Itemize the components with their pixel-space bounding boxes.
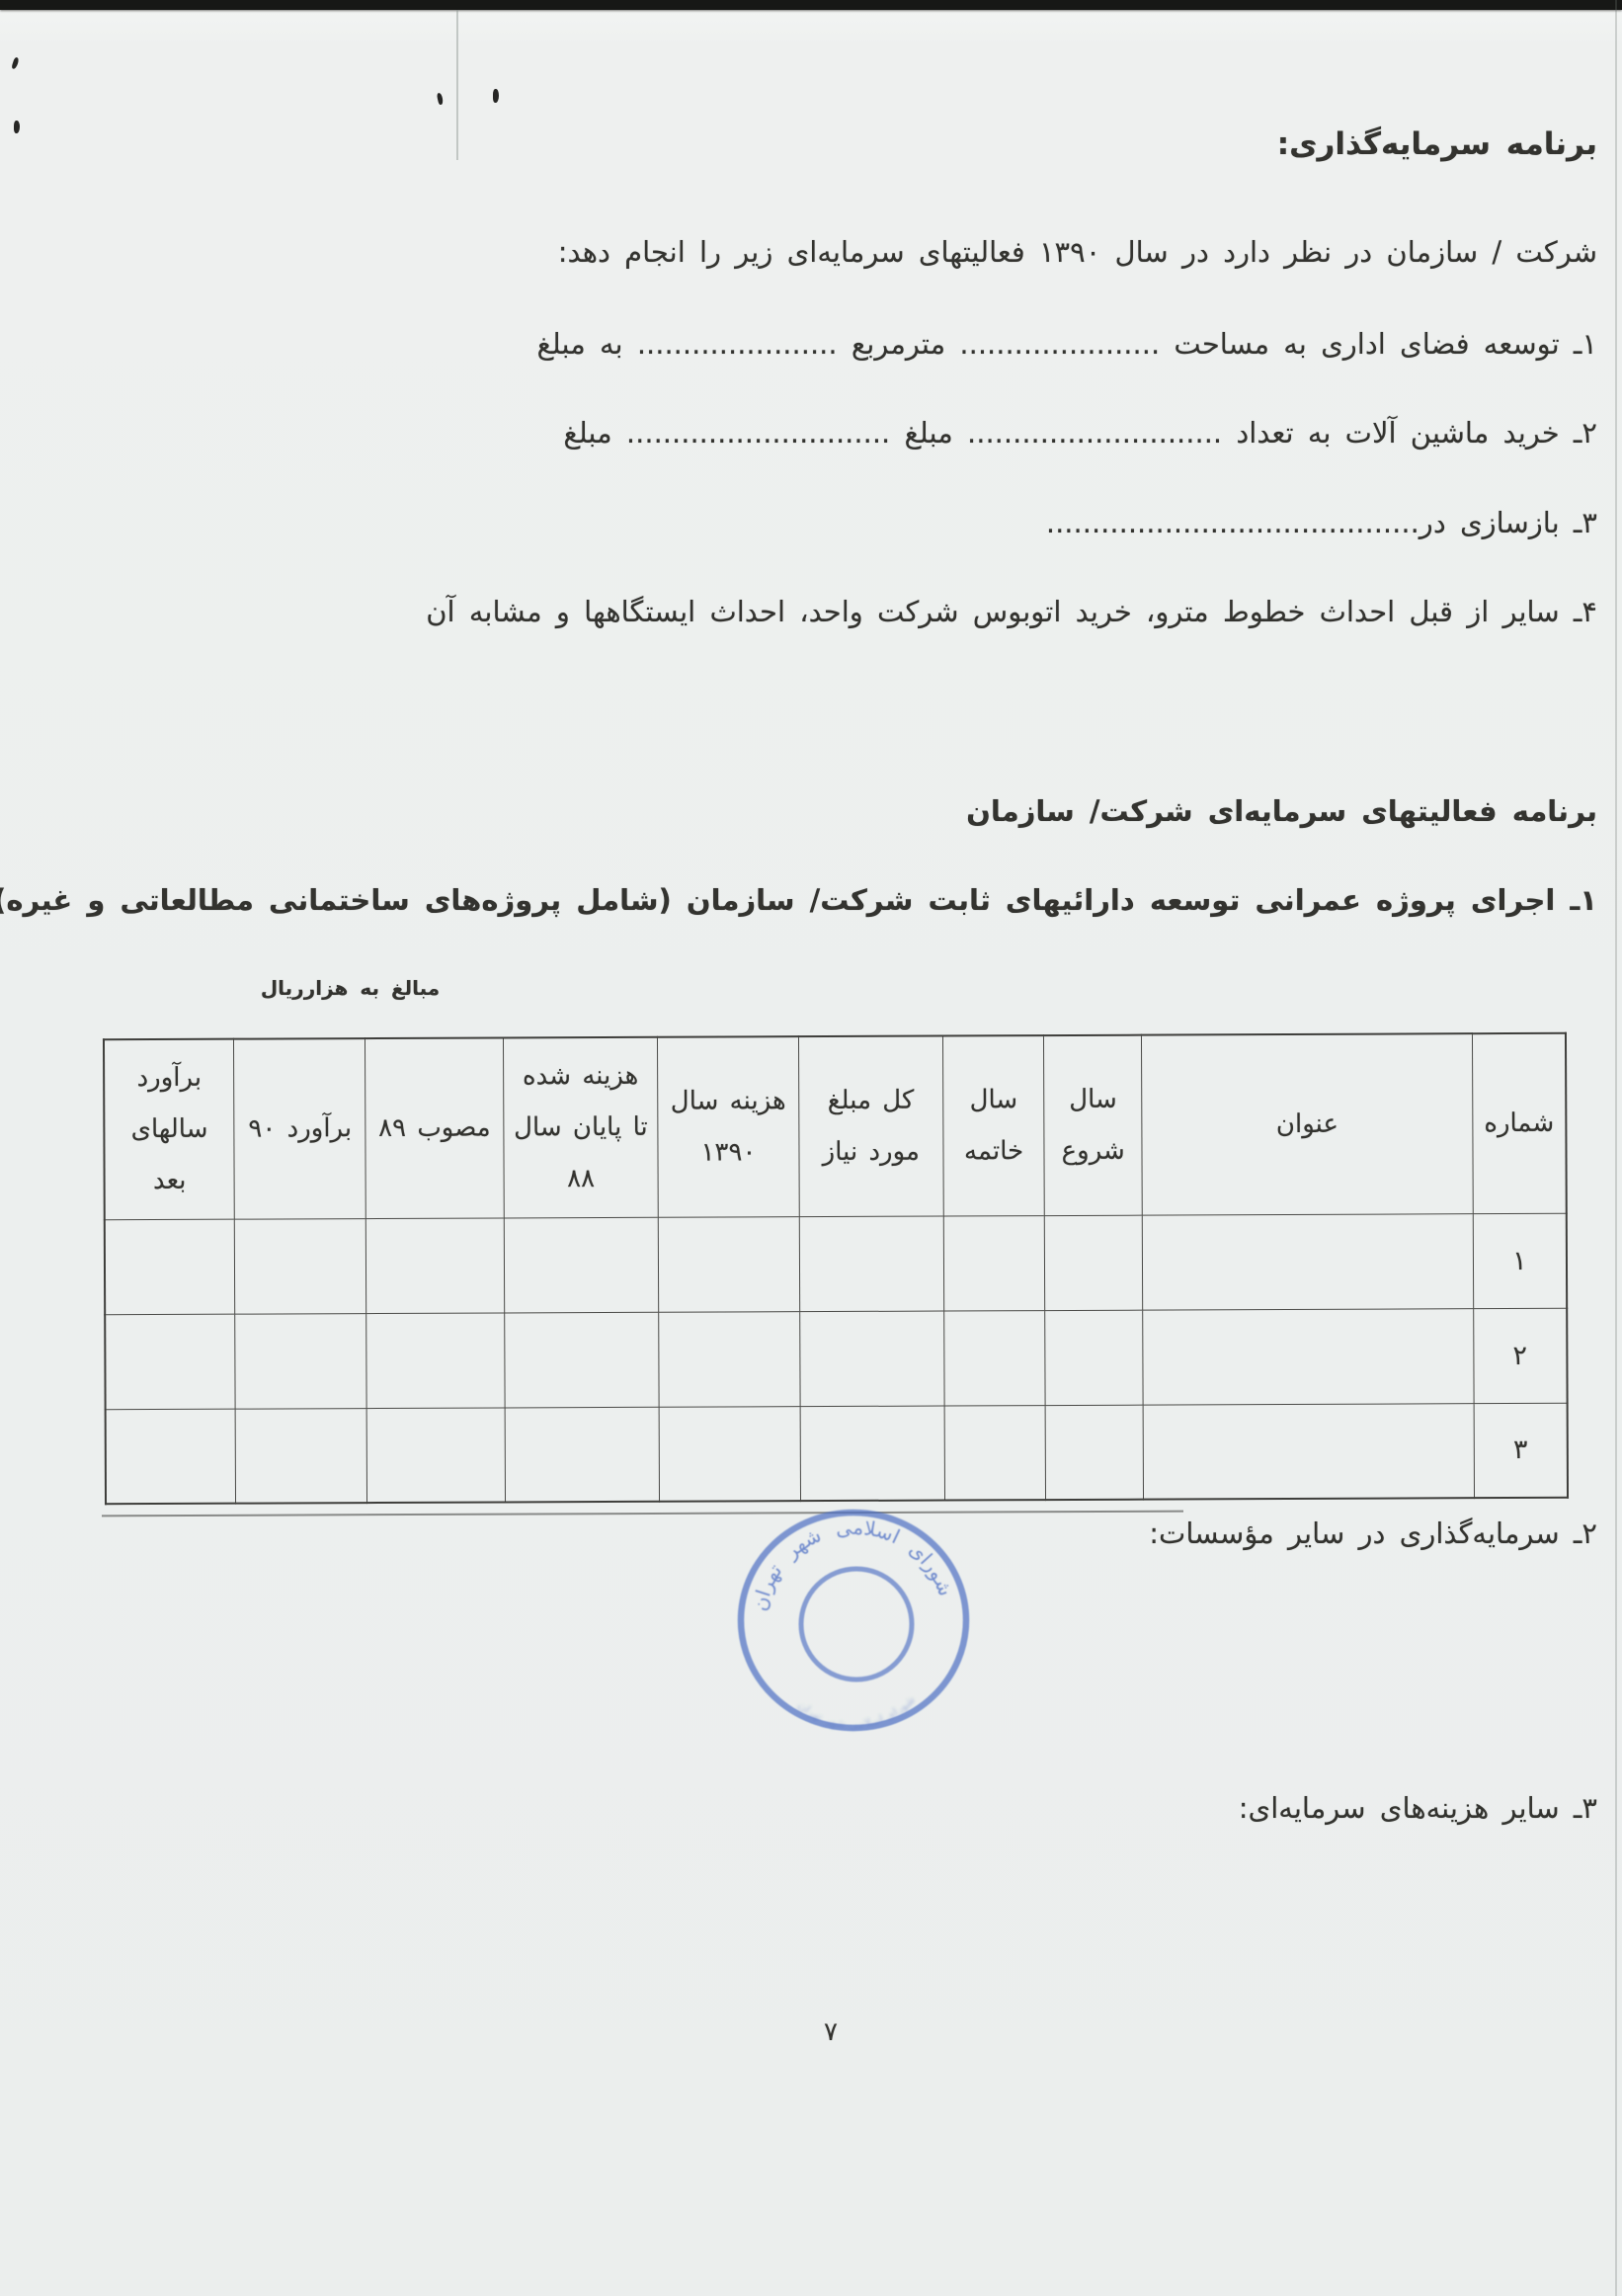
table-row: ۲	[105, 1308, 1567, 1409]
council-stamp: شورای اسلامی شهر تهران شورای اسلامی شهر …	[729, 1509, 978, 1738]
table-row: ۱	[105, 1213, 1567, 1314]
intro-item-4: ۴ـ سایر از قبل احداث خطوط مترو، خرید اتو…	[426, 595, 1597, 628]
table-cell-empty	[504, 1312, 659, 1408]
col-header-approved-89: مصوب ۸۹	[365, 1037, 504, 1218]
table-header-row: شماره عنوان سال شروع سال خاتمه کل مبلغ م…	[104, 1033, 1567, 1219]
section-item-3: ۳ـ سایر هزینه‌های سرمایه‌ای:	[1239, 1791, 1597, 1825]
table-cell-empty	[366, 1312, 505, 1408]
table-cell-empty	[659, 1216, 799, 1312]
section-title: برنامه فعالیتهای سرمایه‌ای شرکت/ سازمان	[966, 794, 1597, 828]
unit-note: مبالغ به هزارریال	[249, 976, 451, 1000]
table-cell-empty	[105, 1219, 235, 1315]
col-header-title: عنوان	[1142, 1033, 1473, 1214]
stamp-rings-icon	[741, 1513, 966, 1728]
stamp-bottom-smudge-text: شورای اسلامی شهر تهران	[795, 1692, 918, 1731]
stamp-ring-text: شورای اسلامی شهر تهران	[748, 1516, 958, 1613]
col-header-start-year: سال شروع	[1044, 1035, 1143, 1215]
scan-artifact-edge	[1615, 0, 1617, 2296]
table-cell-empty	[1143, 1213, 1474, 1309]
table-cell-empty	[1045, 1310, 1144, 1405]
table-row: ۳	[106, 1403, 1568, 1504]
projects-table: شماره عنوان سال شروع سال خاتمه کل مبلغ م…	[103, 1032, 1569, 1505]
col-header-estimate-later: برآورد سالهای بعد	[104, 1039, 235, 1220]
scan-artifact	[493, 89, 499, 103]
table-cell-empty	[1045, 1405, 1144, 1500]
table-cell-empty	[944, 1310, 1046, 1405]
intro-item-3: ۳ـ بازسازی در...........................…	[1046, 506, 1597, 539]
svg-text:شورای اسلامی شهر تهران: شورای اسلامی شهر تهران	[795, 1692, 918, 1731]
row-number-cell: ۲	[1473, 1308, 1567, 1403]
col-header-estimate-90: برآورد ۹۰	[234, 1038, 366, 1219]
table-cell-empty	[1044, 1215, 1143, 1310]
table-cell-empty	[944, 1405, 1046, 1500]
row-number-cell: ۱	[1473, 1213, 1567, 1308]
section-item-1: ۱ـ اجرای پروژه عمرانی توسعه دارائیهای ثا…	[0, 883, 1597, 917]
table-cell-empty	[504, 1217, 659, 1313]
col-header-row-no: شماره	[1472, 1033, 1567, 1213]
intro-title: برنامه سرمایه‌گذاری:	[1277, 126, 1597, 162]
intro-item-1: ۱ـ توسعه فضای اداری به مساحت ...........…	[536, 327, 1597, 361]
table-cell-empty	[235, 1218, 367, 1314]
col-header-total-required: کل مبلغ مورد نیاز	[798, 1036, 943, 1217]
table-cell-empty	[799, 1311, 944, 1407]
intro-lead: شرکت / سازمان در نظر دارد در سال ۱۳۹۰ فع…	[558, 235, 1597, 269]
col-header-cost-1390: هزینه سال ۱۳۹۰	[658, 1036, 799, 1217]
scan-artifact-crease	[456, 10, 458, 160]
table-cell-empty	[1143, 1308, 1474, 1404]
section-item-2: ۲ـ سرمایه‌گذاری در سایر مؤسسات:	[1149, 1517, 1597, 1550]
scan-artifact-top-band	[0, 0, 1622, 10]
scan-artifact	[437, 93, 444, 106]
table-cell-empty	[943, 1215, 1045, 1310]
svg-text:شورای اسلامی شهر تهران: شورای اسلامی شهر تهران	[748, 1516, 958, 1613]
scanned-form-page: برنامه سرمایه‌گذاری: شرکت / سازمان در نظ…	[0, 0, 1622, 2296]
table-cell-empty	[1143, 1403, 1474, 1499]
table-cell-empty	[367, 1407, 506, 1503]
table-cell-empty	[800, 1406, 945, 1502]
scan-artifact-double-border	[102, 1511, 1183, 1517]
scan-artifact	[14, 121, 20, 133]
table-cell-empty	[799, 1216, 944, 1312]
table-cell-empty	[105, 1314, 235, 1410]
table-cell-empty	[659, 1311, 799, 1407]
row-number-cell: ۳	[1474, 1403, 1568, 1498]
table-cell-empty	[106, 1409, 236, 1505]
table-cell-empty	[235, 1313, 367, 1409]
col-header-spent-until-88: هزینه شده تا پایان سال ۸۸	[503, 1037, 659, 1218]
col-header-end-year: سال خاتمه	[943, 1035, 1045, 1215]
table-cell-empty	[505, 1407, 660, 1503]
table-cell-empty	[366, 1217, 505, 1313]
page-number: ۷	[791, 2017, 870, 2047]
intro-item-2: ۲ـ خرید ماشین آلات به تعداد ............…	[563, 416, 1597, 450]
table-cell-empty	[235, 1408, 367, 1504]
scan-artifact	[11, 57, 19, 70]
table-cell-empty	[660, 1406, 800, 1502]
